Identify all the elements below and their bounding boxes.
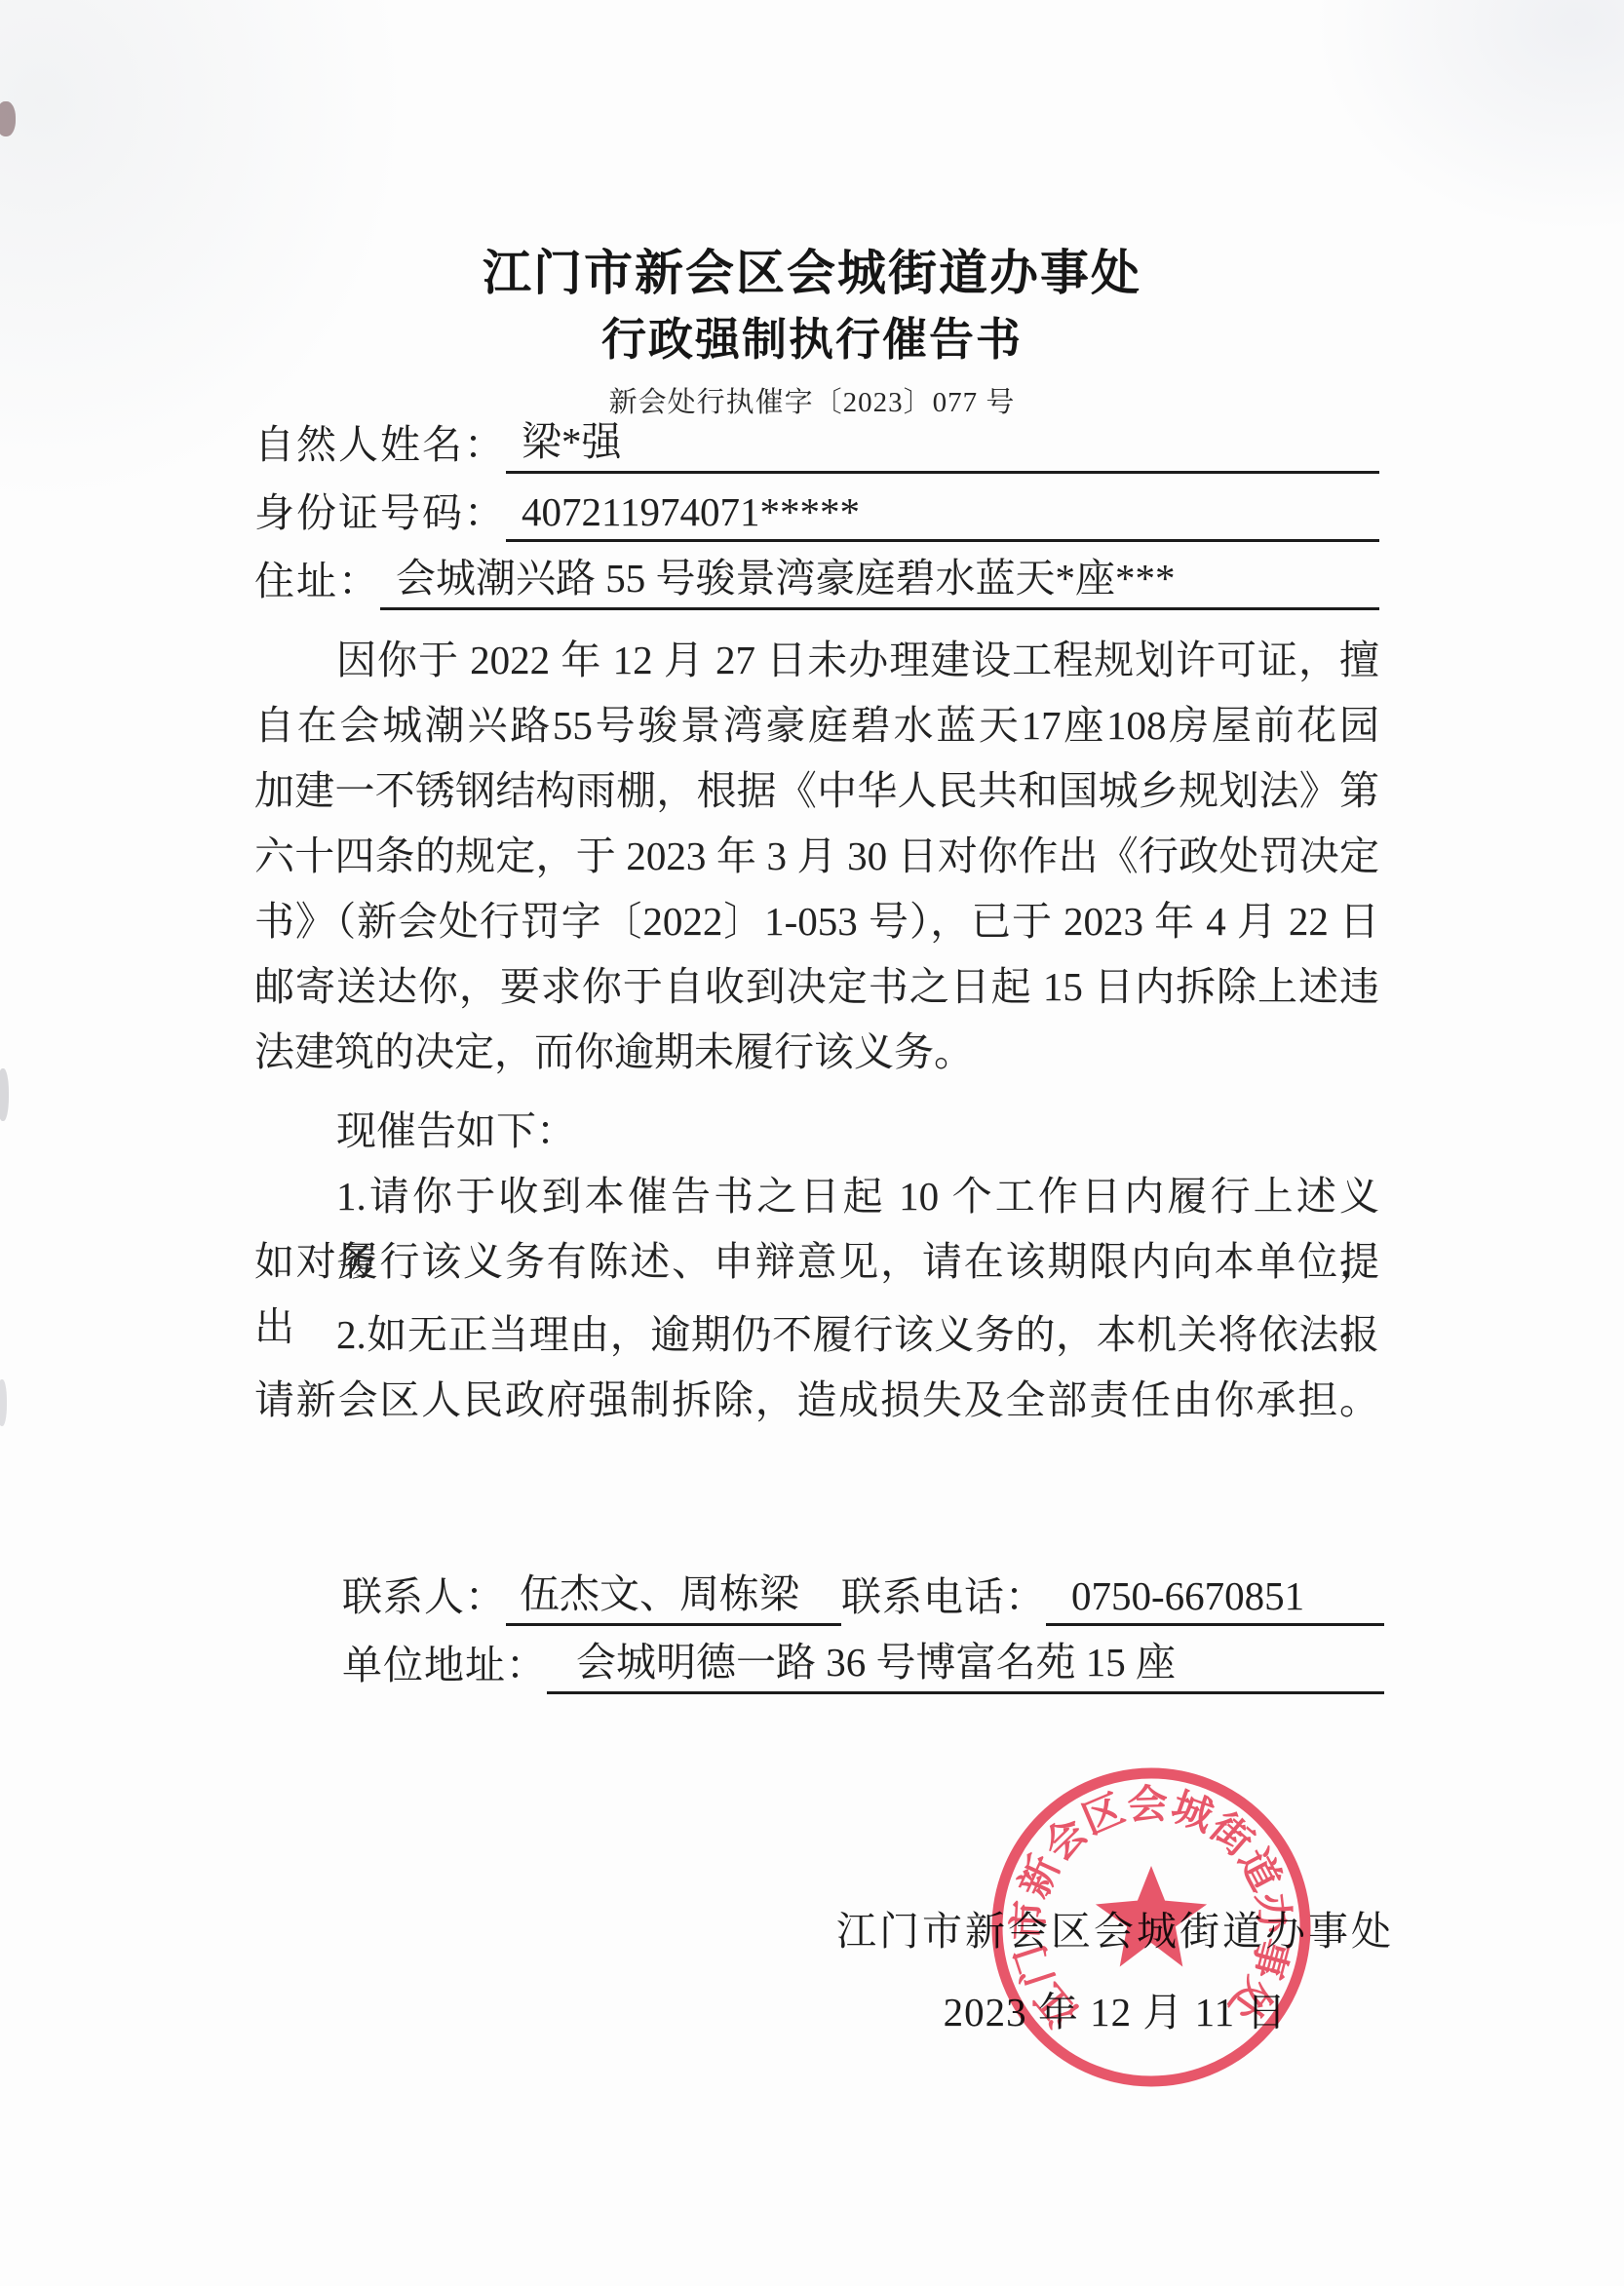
body-line: 六十四条的规定，于 2023 年 3 月 30 日对你作出《行政处罚决定 <box>254 824 1379 889</box>
unit-address-value: 会城明德一路 36 号博富名苑 15 座 <box>547 1630 1384 1694</box>
body-line: 1.请你于收到本催告书之日起 10 个工作日内履行上述义务， <box>254 1164 1379 1229</box>
issuing-authority-title: 江门市新会区会城街道办事处 <box>0 234 1624 304</box>
address-label: 住址： <box>254 549 380 610</box>
body-text: 因你于 2022 年 12 月 27 日未办理建设工程规划许可证，擅 自在会城潮… <box>254 628 1379 1433</box>
id-number-label: 身份证号码： <box>254 481 506 542</box>
name-label: 自然人姓名： <box>254 412 506 474</box>
unit-address-row: 单位地址： 会城明德一路 36 号博富名苑 15 座 <box>342 1630 1384 1694</box>
address-value: 会城潮兴路 55 号骏景湾豪庭碧水蓝天*座*** <box>380 546 1379 610</box>
contact-person-value: 伍杰文、周栋梁 <box>506 1562 841 1626</box>
name-value: 梁*强 <box>506 409 1379 474</box>
contact-person-label: 联系人： <box>342 1565 506 1626</box>
body-line: 法建筑的决定，而你逾期未履行该义务。 <box>254 1020 1379 1085</box>
scan-artifact <box>0 1379 7 1426</box>
field-row-id-number: 身份证号码： 407211974071***** <box>254 478 1379 542</box>
body-line: 如对履行该义务有陈述、申辩意见，请在该期限内向本单位提出。 <box>254 1229 1379 1295</box>
body-line: 2.如无正当理由，逾期仍不履行该义务的，本机关将依法报 <box>254 1302 1379 1368</box>
document-title: 行政强制执行催告书 <box>0 304 1624 368</box>
field-row-address: 住址： 会城潮兴路 55 号骏景湾豪庭碧水蓝天*座*** <box>254 546 1379 610</box>
scan-artifact <box>0 1068 9 1121</box>
contact-row: 联系人： 伍杰文、周栋梁 联系电话： 0750-6670851 <box>342 1562 1384 1626</box>
body-line: 请新会区人民政府强制拆除，造成损失及全部责任由你承担。 <box>254 1368 1379 1433</box>
contact-phone-label: 联系电话： <box>841 1565 1046 1626</box>
body-line: 加建一不锈钢结构雨棚，根据《中华人民共和国城乡规划法》第 <box>254 758 1379 824</box>
id-number-value: 407211974071***** <box>506 488 1379 542</box>
contact-phone-value: 0750-6670851 <box>1046 1572 1384 1626</box>
signature-block: 江门市新会区会城街道办事处 2023 年 12 月 11 日 <box>836 1899 1394 2037</box>
body-line: 书》（新会处行罚字〔2022〕1-053 号），已于 2023 年 4 月 22… <box>254 889 1379 954</box>
body-line: 自在会城潮兴路55号骏景湾豪庭碧水蓝天17座108房屋前花园 <box>254 693 1379 758</box>
body-line: 邮寄送达你，要求你于自收到决定书之日起 15 日内拆除上述违 <box>254 954 1379 1020</box>
document-page: 江门市新会区会城街道办事处 行政强制执行催告书 新会处行执催字〔2023〕077… <box>0 0 1624 2286</box>
body-line: 因你于 2022 年 12 月 27 日未办理建设工程规划许可证，擅 <box>254 628 1379 693</box>
scan-shading <box>1312 0 1624 234</box>
signature-organization: 江门市新会区会城街道办事处 <box>836 1899 1394 1957</box>
body-line: 现催告如下： <box>254 1099 1379 1164</box>
unit-address-label: 单位地址： <box>342 1633 547 1694</box>
field-row-name: 自然人姓名： 梁*强 <box>254 409 1379 474</box>
scan-artifact <box>0 101 16 136</box>
signature-date: 2023 年 12 月 11 日 <box>836 1980 1394 2037</box>
